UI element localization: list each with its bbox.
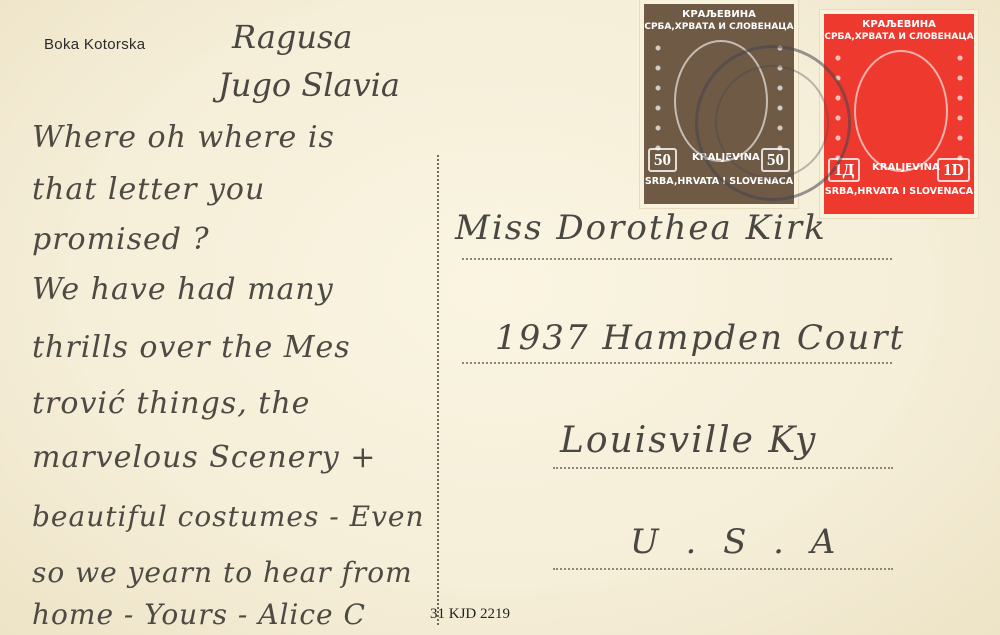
stamp-cyrillic-line-2: СРБА,ХРВАТА И СЛОВЕНАЦА xyxy=(644,21,794,34)
stamp-value-right: 1D xyxy=(937,158,970,182)
recipient-street: 1937 Hampden Court xyxy=(495,318,905,358)
printed-caption: Boka Kotorska xyxy=(44,36,145,53)
ornament-right xyxy=(950,48,970,168)
stamp-cyrillic-line-1: КРАЉЕВИНА xyxy=(644,4,794,21)
recipient-city: Louisville Ky xyxy=(560,420,817,461)
stamp-value-left: 50 xyxy=(648,148,677,172)
address-rule-1 xyxy=(462,258,892,260)
stamp-latin-line-1: KRALJEVINA xyxy=(872,162,940,173)
king-portrait-oval xyxy=(854,50,948,172)
address-rule-4 xyxy=(553,568,893,570)
postmark-inner-ring xyxy=(715,65,829,179)
postcard-back: Boka Kotorska Ragusa Jugo Slavia Where o… xyxy=(0,0,1000,635)
message-line: trović things, the xyxy=(32,386,310,421)
message-line: We have had many xyxy=(32,272,334,307)
message-line: marvelous Scenery + xyxy=(32,440,376,475)
message-line: thrills over the Mes xyxy=(32,330,351,365)
stamp-cyrillic-line-2: СРБА,ХРВАТА И СЛОВЕНАЦА xyxy=(824,31,974,44)
center-divider-dotted xyxy=(437,155,439,625)
message-line: home - Yours - Alice C xyxy=(32,598,366,631)
ornament-left xyxy=(648,38,668,158)
message-line: so we yearn to hear from xyxy=(32,556,413,589)
location-line-2: Jugo Slavia xyxy=(218,66,400,104)
publisher-code: 31 KJD 2219 xyxy=(430,606,510,623)
message-line: Where oh where is xyxy=(32,120,335,155)
message-line: that letter you xyxy=(32,172,265,207)
address-rule-2 xyxy=(462,362,892,364)
recipient-country: U . S . A xyxy=(630,522,843,562)
message-line: promised ? xyxy=(32,222,210,257)
stamp-latin-line-2: SRBA,HRVATA I SLOVENACA xyxy=(824,186,974,198)
recipient-name: Miss Dorothea Kirk xyxy=(455,208,827,248)
stamp-cyrillic-line-1: КРАЉЕВИНА xyxy=(824,14,974,31)
message-line: beautiful costumes - Even xyxy=(32,500,425,533)
location-line-1: Ragusa xyxy=(232,18,353,56)
address-rule-3 xyxy=(553,467,893,469)
